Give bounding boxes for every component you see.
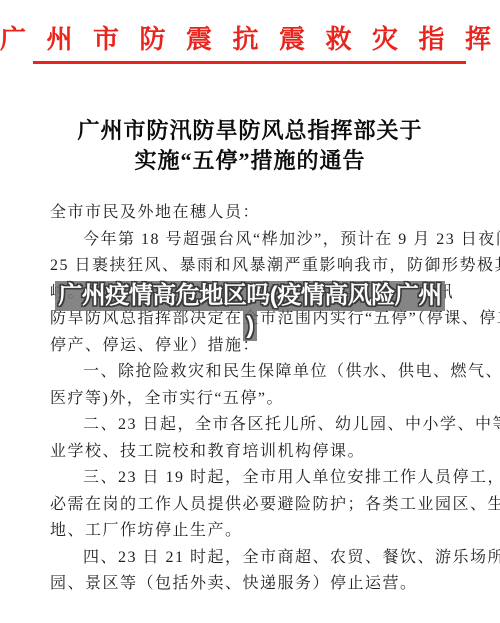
body-line-item-3: 三、23 日 19 时起，全市用人单位安排工作人员停工，并为	[50, 465, 454, 492]
notice-title-line1: 广州市防汛防旱防风总指挥部关于	[0, 116, 500, 146]
body-line: 园、景区等（包括外卖、快递服务）停止运营。	[50, 571, 454, 598]
body-line-item-1: 一、除抢险救灾和民生保障单位（供水、供电、燃气、通信、	[50, 359, 454, 386]
body-line-obscured: 峻。为 防汛	[50, 280, 454, 307]
notice-title-line2: 实施“五停”措施的通告	[0, 146, 500, 176]
body-line: 业学校、技工院校和教育培训机构停课。	[50, 439, 454, 466]
body-line-item-2: 二、23 日起，全市各区托儿所、幼儿园、中小学、中等职	[50, 412, 454, 439]
notice-title: 广州市防汛防旱防风总指挥部关于 实施“五停”措施的通告	[0, 116, 500, 176]
body-line: 防旱防风总指挥部决定在全市范围内实行“五停”（停课、停工、	[50, 306, 454, 333]
body-line: 25 日裹挟狂风、暴雨和风暴潮严重影响我市，防御形势极其严	[50, 253, 454, 280]
body-line-obscured-right: 防汛	[419, 280, 454, 307]
body-line: 今年第 18 号超强台风“桦加沙”，预计在 9 月 23 日夜间至	[50, 227, 454, 254]
body-line-item-4: 四、23 日 21 时起，全市商超、农贸、餐饮、游乐场所、公	[50, 545, 454, 572]
body-line-obscured-left: 峻。为	[50, 280, 103, 307]
body-line: 必需在岗的工作人员提供必要避险防护；各类工业园区、生产基	[50, 492, 454, 519]
agency-header-title: 广 州 市 防 震 抗 震 救 灾 指 挥 部	[0, 24, 500, 56]
masthead-divider-rule	[33, 61, 466, 64]
notice-document-page: 广 州 市 防 震 抗 震 救 灾 指 挥 部 广州市防汛防旱防风总指挥部关于 …	[0, 0, 500, 623]
body-line: 地、工厂作坊停止生产。	[50, 518, 454, 545]
body-line-salutation: 全市市民及外地在穗人员：	[50, 200, 454, 227]
body-line: 停产、停运、停业）措施：	[50, 333, 454, 360]
notice-body: 全市市民及外地在穗人员： 今年第 18 号超强台风“桦加沙”，预计在 9 月 2…	[0, 200, 500, 598]
body-line: 医疗等)外，全市实行“五停”。	[50, 386, 454, 413]
agency-masthead: 广 州 市 防 震 抗 震 救 灾 指 挥 部	[0, 0, 500, 56]
